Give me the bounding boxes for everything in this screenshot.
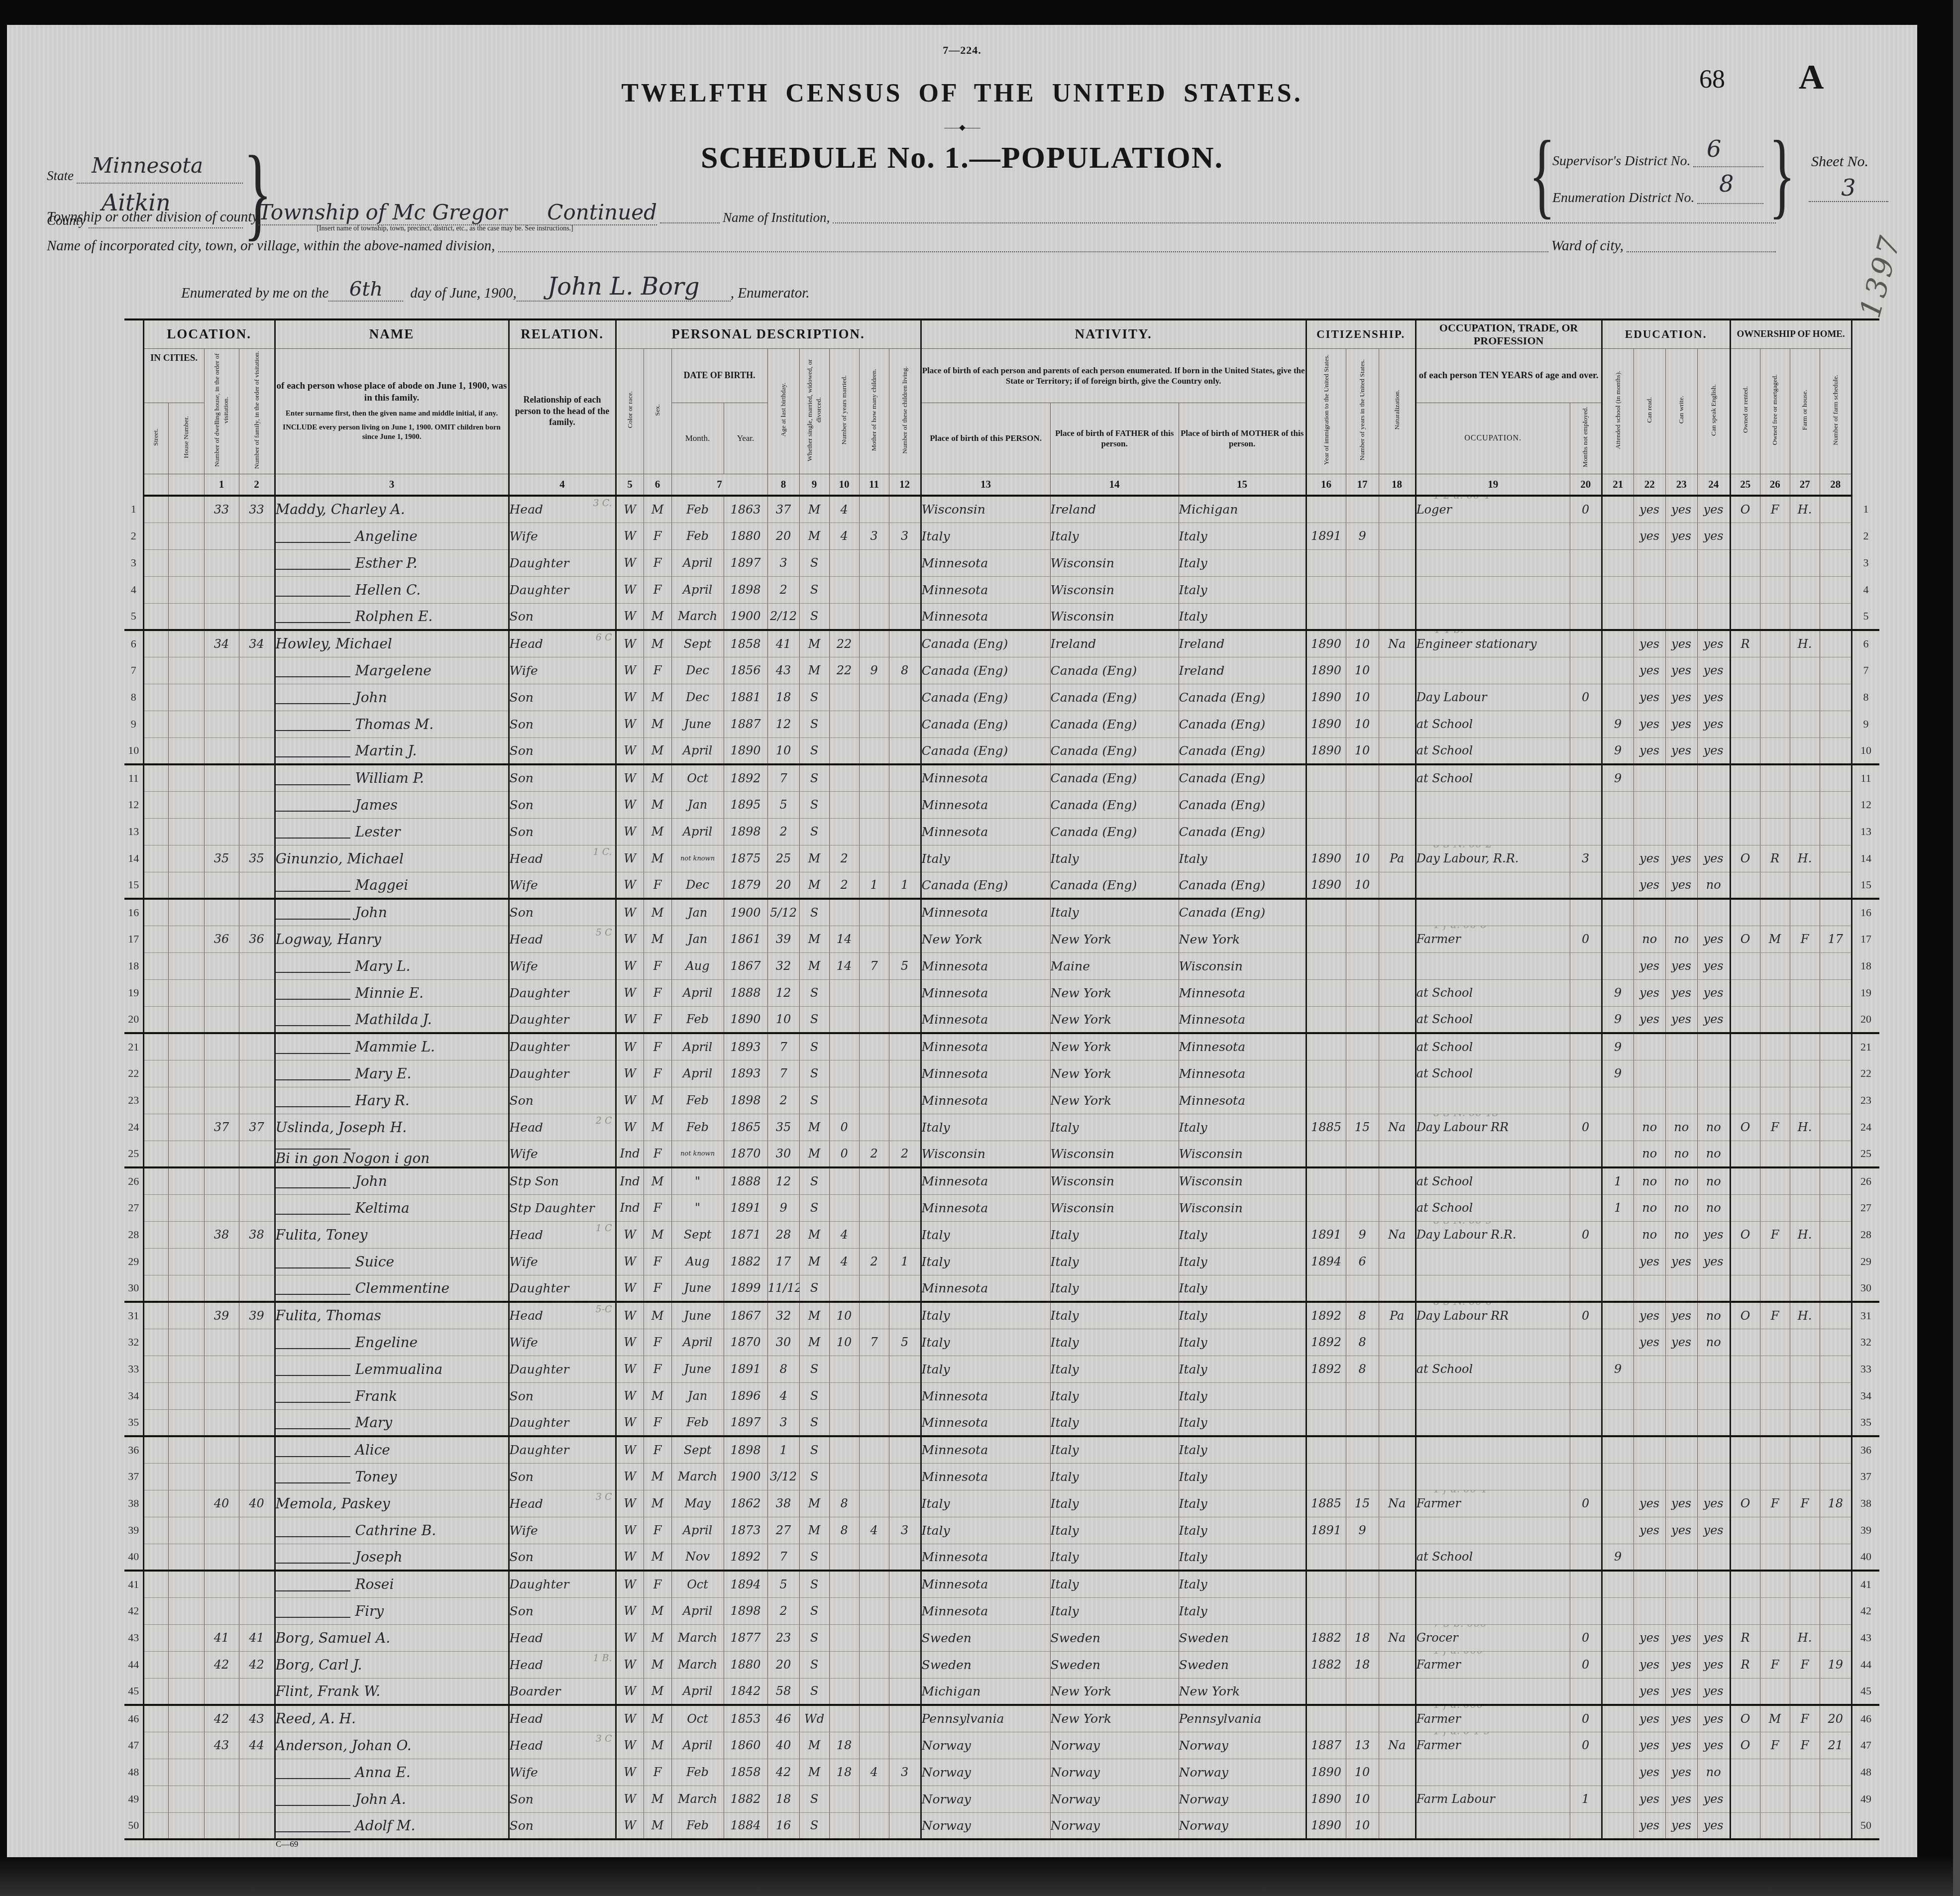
cell-value: yes [1639,1631,1659,1645]
cell-value: F [1771,1496,1779,1510]
cell-value: M [808,503,821,517]
ditto-dash [276,562,350,570]
cell-bm: Aug [671,952,724,979]
column-number: 8 [767,474,799,496]
column-number: 12 [889,474,921,496]
cell-value: H. [1798,637,1812,651]
cell-dw: 42 [204,1651,239,1678]
cell-value: Michigan [922,1684,981,1698]
cell-cl: 3 [889,523,921,549]
cell-by: 1865 [724,1114,767,1141]
cell-value: 41 [249,1631,264,1645]
cell-value: 1884 [730,1818,761,1832]
cell-o1 [1730,1463,1760,1490]
cell-value: Norway [1051,1818,1100,1833]
cell-yu [1346,1463,1379,1490]
supervisor-line: Supervisor's District No. [1552,153,1766,169]
cell-m: S [799,603,829,630]
cell-na [1379,576,1416,603]
cell-value: 9 [1614,1550,1622,1564]
cell-cl [889,737,921,764]
cell-c: W [616,1812,644,1839]
cell-value: M [652,1712,664,1726]
cell-p1: Wisconsin [921,1141,1050,1167]
cell-nr: 44 [1851,1651,1879,1678]
occupation-value: Engineer stationary [1416,637,1537,651]
cell-n: 19 [124,979,143,1006]
cell-iy [1306,791,1346,818]
relation-value: Son [510,798,534,812]
cell-p2: Wisconsin [1050,1167,1179,1194]
cell-value: 10 [1355,663,1370,677]
cell-p1: Norway [921,1732,1050,1759]
cell-f [239,1786,275,1812]
cell-value: Canada (Eng) [922,743,1008,758]
cell-bm: April [671,1678,724,1705]
cell-cl: 1 [889,1248,921,1275]
cell-value: 15 [1355,1120,1370,1134]
cell-mn [1570,764,1602,791]
enumerated-label: Enumerated by me on the [181,285,328,302]
cell-cr: yes [1633,1248,1665,1275]
cell-value: 9 [1614,986,1622,1000]
cell-n: 42 [124,1597,143,1624]
cell-value: yes [1671,1255,1691,1268]
cell-m: M [799,523,829,549]
cell-value: M [652,1228,664,1242]
cell-value: W [624,1040,636,1054]
cell-cl [889,630,921,657]
cell-value: Na [1388,1120,1406,1134]
cell-ag: 12 [767,1167,799,1194]
cell-value: W [624,609,636,623]
cell-dw [204,549,239,576]
cell-value: April [683,1040,713,1054]
cell-yu: 9 [1346,1221,1379,1248]
cell-bm: Feb [671,1006,724,1033]
cell-dw: 40 [204,1490,239,1517]
cell-value: 1900 [730,1470,761,1483]
cell-s: M [644,845,671,872]
cell-na: Pa [1379,845,1416,872]
cell-hn [168,1624,204,1651]
cell-by: 1890 [724,1006,767,1033]
cell-p1: Minnesota [921,1544,1050,1571]
cell-mc [859,1678,889,1705]
cell-o2: R [1760,845,1790,872]
person-name: James [355,797,398,813]
header-sex: Sex. [644,348,671,474]
cell-value: no [1706,1309,1721,1323]
cell-c: W [616,1382,644,1409]
cell-o2 [1760,1436,1790,1463]
cell-nr: 21 [1851,1033,1879,1060]
cell-sm [1602,630,1633,657]
cell-cr: yes [1633,1517,1665,1544]
cell-p2: Italy [1050,1597,1179,1624]
cell-value: W [624,556,636,570]
cell-m: S [799,764,829,791]
cell-na [1379,872,1416,899]
cell-p1: Minnesota [921,1409,1050,1436]
enumerator-label: , Enumerator. [731,285,810,302]
census-table: LOCATION. NAME RELATION. PERSONAL DESCRI… [124,318,1879,1840]
cell-o3: F [1790,926,1820,952]
cell-value: 1881 [730,690,761,704]
cell-cr [1633,1060,1665,1087]
cell-ag: 1 [767,1436,799,1463]
cell-value: Sweden [1179,1658,1229,1672]
cell-f [239,1544,275,1571]
cell-p3: Sweden [1179,1651,1306,1678]
cell-value: March [678,1792,717,1806]
cell-nr: 10 [1851,737,1879,764]
cell-value: 8 [1358,1309,1366,1323]
cell-by: 1892 [724,764,767,791]
cell-s: M [644,711,671,737]
cell-f [239,1382,275,1409]
person-name: John A. [355,1791,406,1807]
cell-o4 [1820,1275,1851,1302]
relation-value: Son [510,1389,534,1403]
cell-o1 [1730,952,1760,979]
cell-ce [1697,1060,1730,1087]
cell-value: yes [1704,717,1724,731]
cell-cl [889,711,921,737]
cell-value: 43 [249,1712,264,1726]
cell-value: Minnesota [922,1281,988,1295]
cell-f [239,1356,275,1382]
cell-c: W [616,711,644,737]
person-name: Bi in gon Nogon i gon [276,1150,430,1166]
header-color: Color or race. [616,348,644,474]
cell-sm [1602,1221,1633,1248]
cell-value: Norway [1179,1792,1228,1806]
cell-value: S [810,717,818,731]
cell-value: Italy [922,1308,950,1323]
cell-value: 4 [870,1523,877,1537]
cell-n: 17 [124,926,143,952]
cell-yu: 10 [1346,684,1379,711]
cell-value: Canada (Eng) [1051,825,1137,839]
cell-m: M [799,1329,829,1356]
cell-f: 39 [239,1302,275,1329]
cell-cw: yes [1665,496,1697,523]
cell-ym [829,1167,859,1194]
cell-p2: Italy [1050,1382,1179,1409]
cell-ce [1697,603,1730,630]
cell-o2 [1760,1356,1790,1382]
cell-value: 1888 [730,1174,761,1188]
cell-o4 [1820,1329,1851,1356]
cell-st [143,952,168,979]
cell-cl [889,979,921,1006]
cell-mc [859,1705,889,1732]
relation-value: Daughter [510,986,569,1000]
cell-o4 [1820,1167,1851,1194]
cell-iy: 1882 [1306,1651,1346,1678]
cell-na [1379,1651,1416,1678]
cell-o3 [1790,603,1820,630]
column-number: 3 [275,474,509,496]
cell-value: Ind [620,1147,640,1160]
cell-mn: 0 [1570,1732,1602,1759]
cell-value: yes [1639,1255,1659,1268]
cell-o1 [1730,576,1760,603]
cell-oc: 8-3-N. 00-9Day Labour R.R. [1416,1221,1570,1248]
cell-s: F [644,1571,671,1597]
cell-na [1379,1006,1416,1033]
cell-c: W [616,1248,644,1275]
cell-value: Italy [922,529,950,543]
cell-mc: 7 [859,1329,889,1356]
cell-cl [889,496,921,523]
cell-iy [1306,1436,1346,1463]
cell-sm [1602,1248,1633,1275]
cell-st [143,1597,168,1624]
cell-nm: Adolf M. [275,1812,509,1839]
cell-s: M [644,1597,671,1624]
cell-o4 [1820,630,1851,657]
cell-cl [889,1275,921,1302]
cell-st [143,1275,168,1302]
cell-nm: Flint, Frank W. [275,1678,509,1705]
cell-iy [1306,1275,1346,1302]
cell-c: W [616,926,644,952]
cell-mn [1570,737,1602,764]
cell-n: 40 [124,1544,143,1571]
cell-value: M [652,1470,664,1483]
cell-ym: 10 [829,1329,859,1356]
cell-o2 [1760,657,1790,684]
cell-bm: Sept [671,1436,724,1463]
cell-yu [1346,1141,1379,1167]
cell-value: 1890 [1311,743,1341,757]
cell-oc [1416,952,1570,979]
relation-value: Son [510,1792,534,1806]
cell-value: Italy [1179,1443,1207,1457]
cell-cw [1665,549,1697,576]
cell-iy [1306,1087,1346,1114]
cell-value: 1 [1614,1201,1622,1215]
cell-nr: 9 [1851,711,1879,737]
cell-rl: Wife [509,872,616,899]
cell-nr: 23 [1851,1087,1879,1114]
header-pob-father: Place of birth of FATHER of this person. [1050,403,1179,474]
header-farm-schedule: Number of farm schedule. [1820,348,1851,474]
cell-value: Minnesota [922,1093,988,1108]
cell-c: Ind [616,1167,644,1194]
cell-value: F [653,1255,662,1268]
cell-p1: Norway [921,1759,1050,1786]
cell-nr: 2 [1851,523,1879,549]
cell-o2 [1760,1624,1790,1651]
cell-oc [1416,549,1570,576]
cell-value: Nov [685,1550,710,1564]
cell-o2 [1760,764,1790,791]
cell-yu: 10 [1346,1786,1379,1812]
person-name: Mammie L. [355,1039,435,1055]
relation-value: Son [510,1818,534,1833]
occupation-value: Farmer [1416,1712,1461,1726]
cell-value: Na [1388,1631,1406,1645]
cell-oc [1416,1409,1570,1436]
cell-nm: Esther P. [275,549,509,576]
cell-value: 9 [1614,1066,1622,1080]
cell-m: S [799,1194,829,1221]
cell-value: 35 [214,851,229,865]
cell-ag: 3 [767,549,799,576]
cell-nr: 22 [1851,1060,1879,1087]
cell-hn [168,1517,204,1544]
cell-value: Canada (Eng) [1051,663,1137,678]
cell-dw [204,1006,239,1033]
cell-nm: Mary E. [275,1060,509,1087]
cell-o1 [1730,899,1760,926]
cell-ce [1697,1275,1730,1302]
cell-bm: Dec [671,684,724,711]
cell-st [143,1302,168,1329]
cell-value: 9 [1614,743,1622,757]
cell-p1: New York [921,926,1050,952]
column-number: 28 [1820,474,1851,496]
cell-value: Minnesota [1179,1066,1245,1081]
cell-o2 [1760,899,1790,926]
cell-dw [204,1060,239,1087]
cell-p2: Norway [1050,1812,1179,1839]
cell-cr [1633,791,1665,818]
cell-value: 1898 [730,1604,761,1618]
cell-value: F [653,959,662,973]
cell-by: 1887 [724,711,767,737]
cell-f [239,791,275,818]
ditto-dash [276,804,350,812]
cell-value: Wisconsin [1179,1174,1243,1188]
table-row: 20Mathilda J.DaughterWFFeb189010SMinneso… [124,1006,1879,1033]
cell-mc [859,684,889,711]
cell-mc: 2 [859,1141,889,1167]
cell-oc [1416,1517,1570,1544]
cell-na [1379,1248,1416,1275]
header-months-not-employed: Months not employed. [1570,403,1602,474]
cell-st [143,1194,168,1221]
sheet-label: Sheet No. [1811,153,1868,170]
cell-s: F [644,657,671,684]
cell-cw: yes [1665,711,1697,737]
cell-dw [204,1382,239,1409]
table-row: 434141Borg, Samuel A.HeadWMMarch187723SS… [124,1624,1879,1651]
cell-p3: Italy [1179,1463,1306,1490]
cell-value: 1861 [730,932,761,946]
cell-mc [859,1651,889,1678]
cell-cl [889,603,921,630]
cell-f [239,1571,275,1597]
cell-cl [889,1302,921,1329]
cell-value: M [652,609,664,623]
cell-nm: John [275,899,509,926]
cell-value: Wisconsin [1051,1174,1114,1188]
cell-bm: April [671,1732,724,1759]
cell-cw [1665,1087,1697,1114]
cell-c: W [616,630,644,657]
cell-value: no [1674,1228,1689,1242]
cell-yu: 8 [1346,1356,1379,1382]
cell-p3: Minnesota [1179,1033,1306,1060]
cell-value: M [652,1818,664,1832]
cell-value: yes [1639,637,1659,651]
cell-hn [168,1732,204,1759]
cell-yu: 18 [1346,1651,1379,1678]
cell-iy: 1890 [1306,1812,1346,1839]
cell-value: 1887 [1311,1738,1341,1752]
cell-hn [168,1087,204,1114]
cell-value: Italy [1051,1389,1079,1403]
cell-value: 1882 [730,1792,761,1806]
cell-value: F [653,1362,662,1376]
cell-iy [1306,764,1346,791]
person-name: Uslinda, Joseph H. [276,1119,407,1136]
cell-f [239,979,275,1006]
cell-value: Italy [1179,1577,1207,1591]
cell-value: W [624,798,636,812]
cell-p3: Italy [1179,1517,1306,1544]
cell-sm: 9 [1602,1033,1633,1060]
cell-st [143,1329,168,1356]
cell-mn [1570,1141,1602,1167]
cell-yu: 10 [1346,1812,1379,1839]
margin-left-header [124,319,143,496]
cell-hn [168,899,204,926]
cell-p2: Italy [1050,1571,1179,1597]
cell-value: yes [1704,1523,1724,1537]
cell-mn: 0 [1570,1624,1602,1651]
cell-value: W [624,583,636,597]
cell-cr: yes [1633,1490,1665,1517]
cell-s: F [644,523,671,549]
cell-cw: yes [1665,684,1697,711]
cell-value: yes [1671,959,1691,973]
cell-rl: Daughter [509,1033,616,1060]
cell-o4: 21 [1820,1732,1851,1759]
cell-value: Wisconsin [1051,609,1114,624]
cell-value: Italy [1051,1255,1079,1269]
occupation-value: Day Labour RR [1416,1120,1509,1134]
cell-value: no [1706,1335,1721,1349]
column-number: 23 [1665,474,1697,496]
cell-ag: 12 [767,711,799,737]
cell-iy [1306,1033,1346,1060]
relation-value: Head [510,1308,544,1323]
cell-o1 [1730,1329,1760,1356]
cell-value: Canada (Eng) [1051,798,1137,812]
cell-o1 [1730,1436,1760,1463]
cell-value: 1870 [730,1335,761,1349]
person-name: Adolf M. [355,1817,416,1834]
cell-cw [1665,1544,1697,1571]
cell-value: 1853 [730,1712,761,1726]
cell-value: 1 [870,878,877,892]
cell-value: 3 [901,1523,908,1537]
cell-o3 [1790,1436,1820,1463]
cell-iy: 1885 [1306,1490,1346,1517]
group-name: NAME [275,319,509,348]
cell-value: Italy [922,1228,950,1242]
cell-nr: 46 [1851,1705,1879,1732]
cell-ce: no [1697,1194,1730,1221]
cell-na [1379,1060,1416,1087]
cell-o3: F [1790,1732,1820,1759]
cell-value: 7 [870,1335,877,1349]
